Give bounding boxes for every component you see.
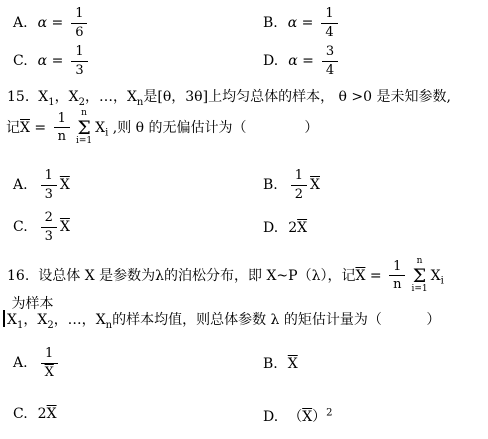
- exam-document-page: A.α =16 B.α =14 C.α =13 D.α =34 15.X1，X2…: [0, 0, 488, 439]
- summation-symbol: nΣi=1: [76, 109, 92, 147]
- option-label: A.: [13, 177, 28, 193]
- fraction-denominator: 3: [41, 186, 57, 203]
- alpha-expression: α =: [288, 53, 314, 69]
- fraction: 23: [41, 210, 57, 244]
- option-label: D.: [263, 220, 278, 236]
- q16-option-c: C.2X: [13, 406, 57, 422]
- fraction-denominator-xbar: X: [41, 364, 58, 381]
- q16-prompt-text: 的样本均值，则总体参数 λ 的矩估计量为（ ）: [112, 312, 440, 328]
- sample-x2: X: [37, 312, 47, 328]
- sum-lower-limit: i=1: [411, 285, 427, 295]
- q14-option-a: A.α =16: [13, 6, 90, 40]
- question-number: 15.: [7, 89, 29, 105]
- separator: ，…，: [85, 89, 127, 105]
- sum-lower-limit: i=1: [76, 137, 92, 147]
- fraction-numerator: 1: [41, 168, 57, 186]
- q16-option-d: D.（X）2: [263, 406, 333, 426]
- coefficient: 2: [288, 220, 297, 236]
- sample-xn: X: [96, 312, 106, 328]
- option-label: C.: [13, 219, 28, 235]
- fraction-denominator: 3: [41, 228, 57, 245]
- sigma-icon: Σ: [413, 267, 426, 285]
- formula-prefix: 记: [6, 120, 20, 136]
- fraction-denominator: n: [389, 276, 405, 293]
- text-cursor: [3, 310, 5, 327]
- subscript: i: [441, 276, 444, 287]
- fraction: 13: [71, 44, 87, 78]
- q15-formula-line: 记X = 1nnΣi=1Xi ,则 θ 的无偏估计为（ ）: [6, 109, 318, 147]
- alpha-expression: α =: [38, 15, 64, 31]
- q16-option-b: B.X: [263, 356, 298, 372]
- option-label: B.: [263, 356, 278, 372]
- option-label: A.: [13, 355, 28, 371]
- q15-statement-line1: 15.X1，X2，…，Xn是[θ，3θ]上均匀总体的样本， θ >0 是未知参数…: [7, 88, 451, 109]
- option-label: A.: [13, 15, 28, 31]
- fraction-denominator: 4: [321, 24, 337, 41]
- sample-mean-symbol: X: [288, 356, 298, 372]
- summation-symbol: nΣi=1: [411, 257, 427, 295]
- fraction: 12: [291, 168, 307, 202]
- close-paren: ）: [312, 409, 326, 425]
- open-paren: （: [288, 409, 302, 425]
- fraction-denominator: 3: [71, 62, 87, 79]
- fraction-numerator: 3: [322, 44, 338, 62]
- q16-statement-line2: X1，X2，…，Xn的样本均值，则总体参数 λ 的矩估计量为（ ）: [3, 310, 440, 332]
- sample-mean-symbol: X: [60, 219, 70, 235]
- option-label: D.: [263, 409, 278, 425]
- fraction: 16: [71, 6, 87, 40]
- coefficient: 2: [38, 406, 47, 422]
- sample-mean-symbol: X: [60, 177, 70, 193]
- fraction-denominator: n: [54, 128, 70, 145]
- fraction-numerator: 1: [291, 168, 307, 186]
- fraction-denominator: 2: [291, 186, 307, 203]
- fraction: 1X: [41, 346, 58, 380]
- q14-option-b: B.α =14: [263, 6, 341, 40]
- q15-option-b: B.12X: [263, 168, 320, 202]
- q16-statement-line1: 16.设总体 X 是参数为λ的泊松分布，即 X~P（λ），记X = 1nnΣi=…: [7, 257, 488, 313]
- sample-xn: X: [127, 89, 137, 105]
- q15-option-c: C.23X: [13, 210, 70, 244]
- sample-x2: X: [69, 89, 79, 105]
- sample-mean-symbol: X: [302, 409, 312, 425]
- sample-x1: X: [7, 312, 17, 328]
- q14-option-c: C.α =13: [13, 44, 91, 78]
- sample-mean-symbol: X: [47, 406, 57, 422]
- fraction: 1n: [389, 259, 405, 293]
- q14-option-d: D.α =34: [263, 44, 341, 78]
- q15-prompt-text: ,则 θ 的无偏估计为（ ）: [108, 120, 318, 136]
- sample-mean-symbol: X: [355, 268, 365, 284]
- fraction-numerator: 1: [389, 259, 405, 277]
- fraction-denominator: 6: [71, 24, 87, 41]
- fraction: 13: [41, 168, 57, 202]
- equals-sign: =: [365, 268, 386, 284]
- sample-mean-symbol: X: [310, 177, 320, 193]
- sample-mean-symbol: X: [20, 120, 30, 136]
- sigma-icon: Σ: [77, 119, 90, 137]
- summation-term: X: [95, 120, 105, 136]
- equals-sign: =: [30, 120, 51, 136]
- fraction: 1n: [54, 111, 70, 145]
- exponent: 2: [326, 407, 332, 418]
- fraction-numerator: 1: [71, 6, 87, 24]
- fraction: 14: [321, 6, 337, 40]
- fraction-numerator: 2: [41, 210, 57, 228]
- fraction-numerator: 1: [71, 44, 87, 62]
- sample-mean-symbol: X: [297, 220, 307, 236]
- fraction-numerator: 1: [54, 111, 70, 129]
- question-number: 16.: [7, 268, 29, 284]
- q15-option-d: D.2X: [263, 220, 307, 236]
- option-label: B.: [263, 15, 278, 31]
- alpha-expression: α =: [288, 15, 314, 31]
- separator: ，: [23, 312, 37, 328]
- q15-statement-text: 是[θ，3θ]上均匀总体的样本， θ >0 是未知参数,: [143, 89, 451, 105]
- option-label: D.: [263, 53, 278, 69]
- fraction-numerator: 1: [321, 6, 337, 24]
- fraction-numerator: 1: [41, 346, 58, 364]
- sample-x1: X: [38, 89, 48, 105]
- summation-term: X: [431, 268, 441, 284]
- fraction: 34: [322, 44, 338, 78]
- q16-statement-text: 设总体 X 是参数为λ的泊松分布，即 X~P（λ），记: [38, 268, 355, 284]
- option-label: C.: [13, 406, 28, 422]
- alpha-expression: α =: [38, 53, 64, 69]
- separator: ，: [55, 89, 69, 105]
- option-label: B.: [263, 177, 278, 193]
- option-label: C.: [13, 53, 28, 69]
- q15-option-a: A.13X: [13, 168, 70, 202]
- q16-option-a: A.1X: [13, 346, 61, 380]
- separator: ，…，: [54, 312, 96, 328]
- fraction-denominator: 4: [322, 62, 338, 79]
